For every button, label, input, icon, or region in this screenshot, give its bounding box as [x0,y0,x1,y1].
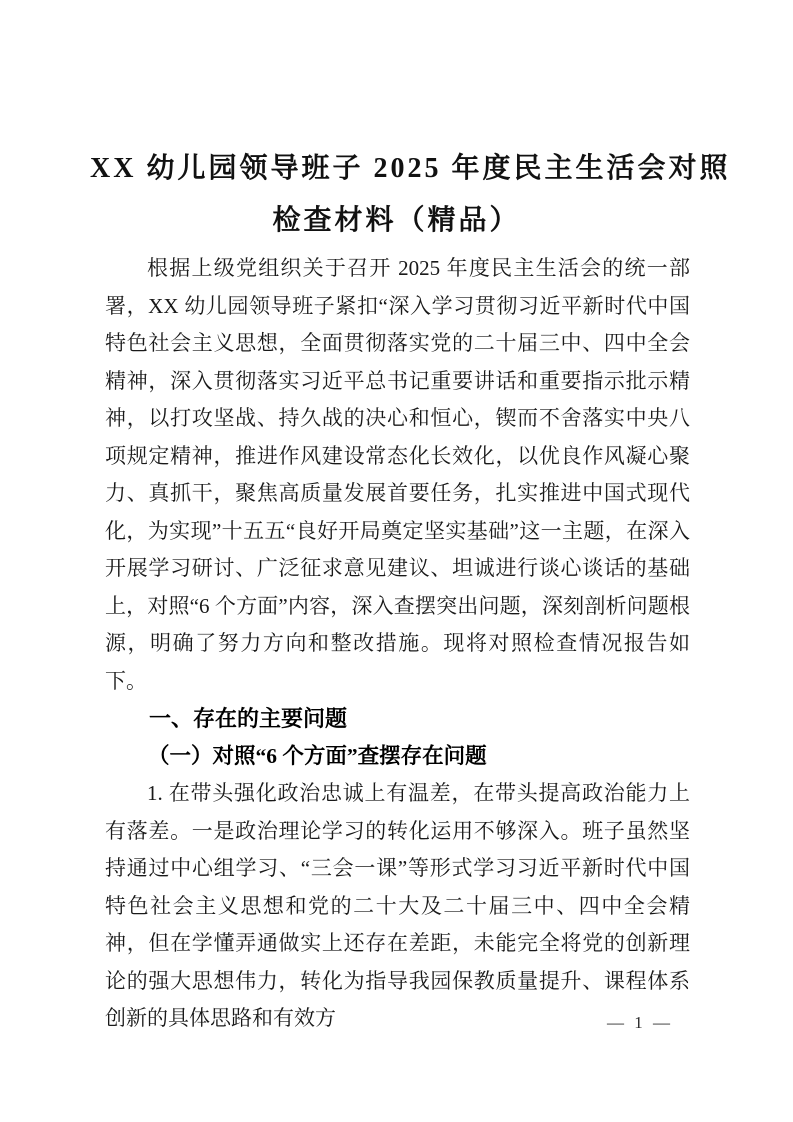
document-body: 根据上级党组织关于召开 2025 年度民主生活会的统一部署，XX 幼儿园领导班子… [105,250,690,1038]
document-title-line-1: XX 幼儿园领导班子 2025 年度民主生活会对照 [90,143,703,195]
intro-paragraph: 根据上级党组织关于召开 2025 年度民主生活会的统一部署，XX 幼儿园领导班子… [105,250,690,700]
document-title: XX 幼儿园领导班子 2025 年度民主生活会对照 检查材料（精品） [90,143,703,247]
subsection-heading-six-aspects: （一）对照“6 个方面”查摆存在问题 [105,738,690,776]
page-number: — 1 — [607,1013,673,1033]
document-page: XX 幼儿园领导班子 2025 年度民主生活会对照 检查材料（精品） 根据上级党… [0,0,793,1122]
document-title-line-2: 检查材料（精品） [90,195,703,247]
section-heading-main-problems: 一、存在的主要问题 [105,700,690,738]
numbered-paragraph-1: 1. 在带头强化政治忠诚上有温差，在带头提高政治能力上有落差。一是政治理论学习的… [105,775,690,1038]
